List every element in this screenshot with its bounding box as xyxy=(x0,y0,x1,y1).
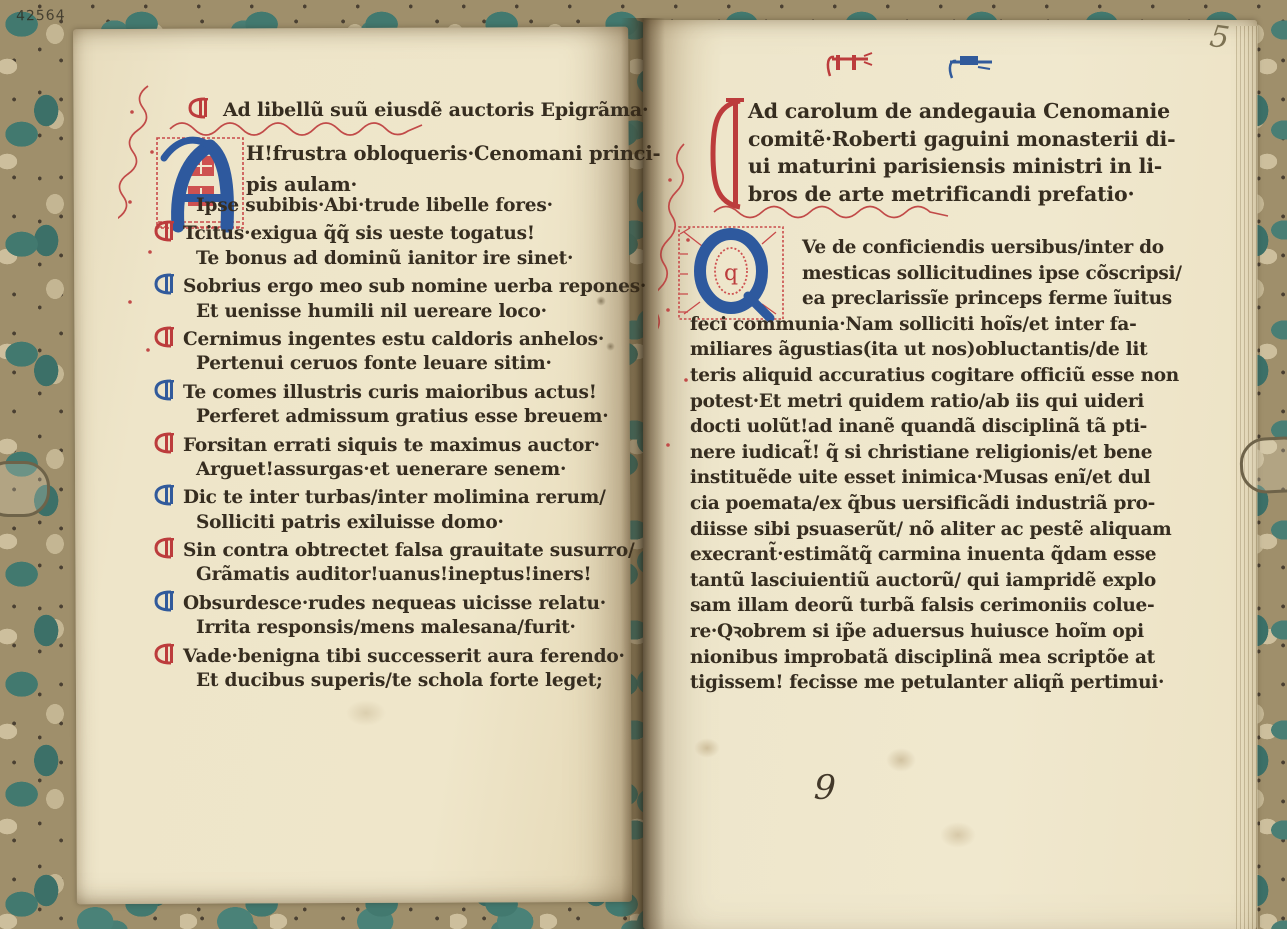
body-text-line: nere iudicat̃! q̃ si christiane religion… xyxy=(690,440,1182,466)
verse-line: Ipse subibis·Abi·trude libelle fores· xyxy=(152,193,646,219)
shelfmark-label: 42564 xyxy=(16,8,66,25)
verse-line: Vade·benigna tibi successerit aura feren… xyxy=(152,642,646,668)
body-text-line: teris aliquid accuratius cogitare offici… xyxy=(690,363,1182,389)
right-page-heading: Ad carolum de andegauia Cenomanie comitẽ… xyxy=(748,98,1175,208)
left-opening-lines: H!frustra obloqueris·Cenomani princi-pis… xyxy=(246,138,660,200)
handwritten-mark: 9 xyxy=(813,767,837,808)
verse-text: Te comes illustris curis maioribus actus… xyxy=(183,382,597,403)
body-text-line: tigissem! fecisse me petulanter aliqñ pe… xyxy=(690,670,1182,696)
pilcrow-icon xyxy=(152,483,176,515)
book-scan: 42564 Ad libellũ suũ eiusdẽ auctoris Epi… xyxy=(0,0,1287,929)
verse-line: Irrita responsis/mens malesana/furit· xyxy=(152,615,646,641)
left-heading-text: Ad libellũ suũ eiusdẽ auctoris Epigrãma· xyxy=(223,99,648,121)
body-text-line: tantũ lasciuientiũ auctorũ/ qui iampridẽ… xyxy=(690,568,1182,594)
body-text-line: diisse sibi psuaserũt/ nõ aliter ac pest… xyxy=(690,517,1182,543)
verse-line: Arguet!assurgas·et uenerare senem· xyxy=(152,457,646,483)
verse-text: Pertenui ceruos fonte leuare sitim· xyxy=(196,353,552,374)
verse-text: Arguet!assurgas·et uenerare senem· xyxy=(196,459,566,480)
verse-line: Te comes illustris curis maioribus actus… xyxy=(152,378,646,404)
pilcrow-icon xyxy=(152,589,176,621)
verse-text: Vade·benigna tibi successerit aura feren… xyxy=(183,646,625,667)
verse-text: Solliciti patris exiluisse domo· xyxy=(196,512,504,533)
verse-line: Et ducibus superis/te schola forte leget… xyxy=(152,668,646,694)
right-body-block: Ve de conficiendis uersibus/inter domest… xyxy=(690,235,1182,696)
verse-text: Et ducibus superis/te schola forte leget… xyxy=(196,670,603,691)
pilcrow-icon xyxy=(152,431,176,463)
verse-text: Obsurdesce·rudes nequeas uicisse relatu· xyxy=(183,593,606,614)
body-text-line: instituẽde uite esset inimica·Musas enĩ/… xyxy=(690,465,1182,491)
verse-text: Et uenisse humili nil uereare loco· xyxy=(196,301,547,322)
pilcrow-icon xyxy=(152,536,176,568)
left-page-heading: Ad libellũ suũ eiusdẽ auctoris Epigrãma· xyxy=(186,96,648,125)
body-text-line: re·Qꝛobrem si ip̃e aduersus huiusce hoĩm… xyxy=(690,619,1182,645)
verse-text: Forsitan errati siquis te maximus auctor… xyxy=(183,435,600,456)
verse-line: Obsurdesce·rudes nequeas uicisse relatu· xyxy=(152,589,646,615)
body-text-line: sam illam deorũ turbã falsis cerimoniis … xyxy=(690,593,1182,619)
pilcrow-icon xyxy=(152,219,176,251)
wire-clip xyxy=(0,461,50,517)
verse-line: Et uenisse humili nil uereare loco· xyxy=(152,299,646,325)
verse-line: Solliciti patris exiluisse domo· xyxy=(152,510,646,536)
heading-line: Ad carolum de andegauia Cenomanie xyxy=(748,98,1175,126)
pilcrow-icon xyxy=(152,272,176,304)
pilcrow-icon xyxy=(152,325,176,357)
body-text-line: miliares ãgustias(ita ut nos)obluctantis… xyxy=(690,337,1182,363)
verse-text: Ipse subibis·Abi·trude libelle fores· xyxy=(196,195,553,216)
verse-text: Irrita responsis/mens malesana/furit· xyxy=(196,617,576,638)
verse-line: Grãmatis auditor!uanus!ineptus!iners! xyxy=(152,562,646,588)
verse-text: Cernimus ingentes estu caldoris anhelos· xyxy=(183,329,604,350)
pilcrow-icon xyxy=(152,642,176,674)
verse-line: Sin contra obtrectet falsa grauitate sus… xyxy=(152,536,646,562)
verse-text: Sobrius ergo meo sub nomine uerba repone… xyxy=(183,276,646,297)
pilcrow-icon xyxy=(186,96,210,125)
verse-line: Pertenui ceruos fonte leuare sitim· xyxy=(152,351,646,377)
verse-line: Tcitus·exigua q̃q̃ sis ueste togatus! xyxy=(152,219,646,245)
verse-line: Cernimus ingentes estu caldoris anhelos· xyxy=(152,325,646,351)
verse-text: Grãmatis auditor!uanus!ineptus!iners! xyxy=(196,564,591,585)
body-text-line: docti uolũt!ad inanẽ quandã disciplinã t… xyxy=(690,414,1182,440)
body-text-line: potest·Et metri quidem ratio/ab iis qui … xyxy=(690,389,1182,415)
verse-text: Te bonus ad dominũ ianitor ire sinet· xyxy=(196,248,573,269)
left-verse-block: Ipse subibis·Abi·trude libelle fores·Tci… xyxy=(152,193,646,694)
body-text-line: cia poemata/ex q̃bus uersificãdi industr… xyxy=(690,491,1182,517)
verse-line: Te bonus ad dominũ ianitor ire sinet· xyxy=(152,246,646,272)
body-text-line: ea preclarissĩe princeps ferme ĩuitus xyxy=(690,286,1182,312)
verse-line: Sobrius ergo meo sub nomine uerba repone… xyxy=(152,272,646,298)
heading-line: ui maturini parisiensis ministri in li- xyxy=(748,153,1175,181)
body-text-line: Ve de conficiendis uersibus/inter do xyxy=(690,235,1182,261)
body-text-line: nionibus improbatã disciplinã mea script… xyxy=(690,645,1182,671)
pilcrow-icon xyxy=(152,378,176,410)
body-text-line: mesticas sollicitudines ipse cõscripsi/ xyxy=(690,261,1182,287)
verse-line: Forsitan errati siquis te maximus auctor… xyxy=(152,431,646,457)
verse-text: Perferet admissum gratius esse breuem· xyxy=(196,406,608,427)
verse-text: Tcitus·exigua q̃q̃ sis ueste togatus! xyxy=(183,223,535,244)
heading-line: comitẽ·Roberti gaguini monasterii di- xyxy=(748,126,1175,154)
heading-line: bros de arte metrificandi prefatio· xyxy=(748,181,1175,209)
body-text-line: execrant̃·estimãtq̃ carmina inuenta q̃da… xyxy=(690,542,1182,568)
verse-line: Dic te inter turbas/inter molimina rerum… xyxy=(152,483,646,509)
verse-line: Perferet admissum gratius esse breuem· xyxy=(152,404,646,430)
verse-text: Dic te inter turbas/inter molimina rerum… xyxy=(183,487,606,508)
opening-line: H!frustra obloqueris·Cenomani princi- xyxy=(246,138,660,169)
body-text-line: feci communia·Nam solliciti hoĩs/et inte… xyxy=(690,312,1182,338)
verse-text: Sin contra obtrectet falsa grauitate sus… xyxy=(183,540,635,561)
